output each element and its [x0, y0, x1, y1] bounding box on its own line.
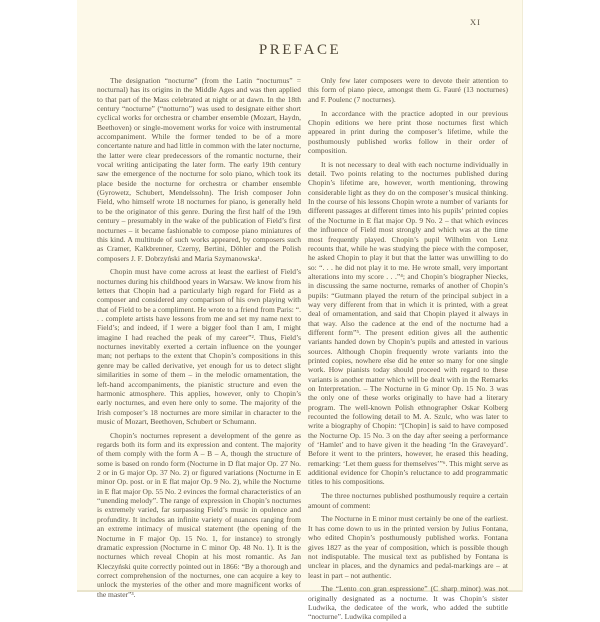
- page-title: PREFACE: [77, 42, 523, 59]
- paragraph: Chopin’s nocturnes represent a developme…: [97, 431, 301, 599]
- paragraph: Only few later composers were to devote …: [308, 76, 508, 104]
- left-column: The designation “nocturne” (from the Lat…: [97, 76, 301, 600]
- text-body: The designation “nocturne” (from the Lat…: [97, 76, 508, 600]
- paragraph: Chopin must have come across at least th…: [97, 267, 301, 426]
- paragraph: The Nocturne in E minor must certainly b…: [308, 514, 508, 579]
- paragraph: It is not necessary to deal with each no…: [308, 160, 508, 487]
- page-number: XI: [470, 17, 481, 27]
- book-page: XI PREFACE The designation “nocturne” (f…: [77, 0, 523, 592]
- paragraph: The “Lento con gran espressione” (C shar…: [308, 584, 508, 600]
- paragraph: In accordance with the practice adopted …: [308, 109, 508, 156]
- paragraph: The three nocturnes published posthumous…: [308, 491, 508, 510]
- right-column: Only few later composers were to devote …: [308, 76, 508, 600]
- paragraph: The designation “nocturne” (from the Lat…: [97, 76, 301, 263]
